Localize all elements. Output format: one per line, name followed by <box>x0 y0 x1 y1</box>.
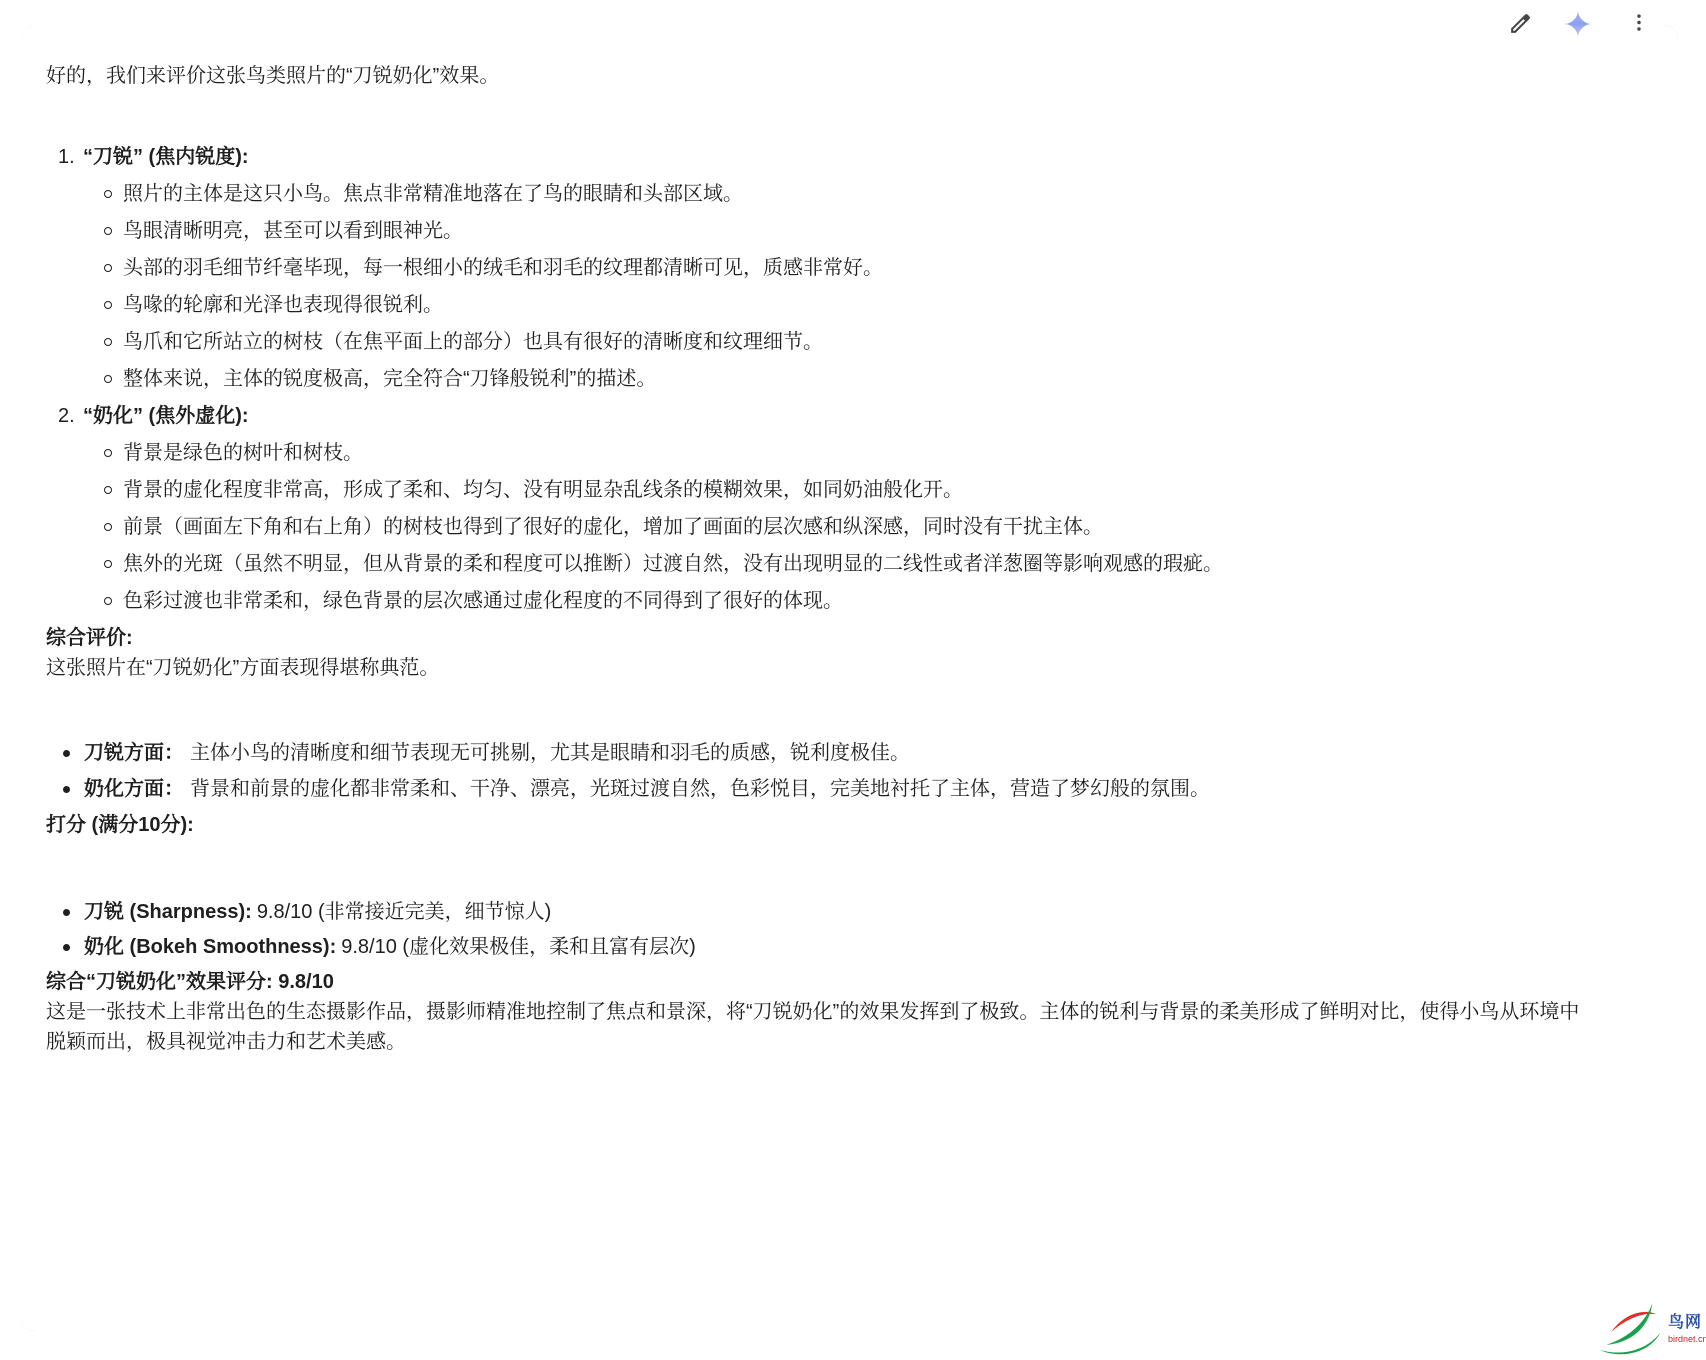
list-item: 背景的虚化程度非常高，形成了柔和、均匀、没有明显杂乱线条的模糊效果，如同奶油般化… <box>46 475 1653 505</box>
overall-score: 综合“刀锐奶化”效果评分: 9.8/10 <box>46 967 1653 997</box>
message-content: 好的，我们来评价这张鸟类照片的“刀锐奶化”效果。 1.“刀锐” (焦内锐度): … <box>21 25 1678 1057</box>
birdnet-watermark: 鸟网 birdnet.cn <box>1598 1303 1706 1356</box>
score-heading: 打分 (满分10分): <box>46 810 1653 840</box>
score-item-text: 9.8/10 (虚化效果极佳，柔和且富有层次) <box>341 936 695 958</box>
edit-pencil-icon[interactable] <box>1508 11 1533 36</box>
list-item: 鸟喙的轮廓和光泽也表现得很锐利。 <box>46 290 1653 320</box>
score-bullet-list: 刀锐 (Sharpness):9.8/10 (非常接近完美，细节惊人) 奶化 (… <box>46 897 1653 962</box>
summary-point: 刀锐方面：主体小鸟的清晰度和细节表现无可挑剔，尤其是眼睛和羽毛的质感，锐利度极佳… <box>46 738 1653 768</box>
list-item: 鸟眼清晰明亮，甚至可以看到眼神光。 <box>46 216 1653 246</box>
list-number: 2. <box>58 401 75 431</box>
score-item-label: 刀锐 (Sharpness): <box>84 901 252 923</box>
summary-intro: 这张照片在“刀锐奶化”方面表现得堪称典范。 <box>46 653 1653 683</box>
summary-point-label: 刀锐方面： <box>84 742 184 764</box>
conclusion-paragraph: 这是一张技术上非常出色的生态摄影作品，摄影师精准地控制了焦点和景深，将“刀锐奶化… <box>46 997 1586 1057</box>
list-item: 照片的主体是这只小鸟。焦点非常精准地落在了鸟的眼睛和头部区域。 <box>46 179 1653 209</box>
birdnet-domain: birdnet.cn <box>1668 1335 1706 1344</box>
gemini-sparkle-icon[interactable] <box>1564 10 1592 38</box>
score-item-text: 9.8/10 (非常接近完美，细节惊人) <box>257 901 551 923</box>
response-action-bar <box>1490 2 1662 42</box>
birdnet-title: 鸟网 <box>1668 1315 1706 1331</box>
list-number: 1. <box>58 142 75 172</box>
birdnet-bird-logo-icon <box>1598 1303 1666 1356</box>
summary-heading: 综合评价: <box>46 623 1653 653</box>
score-item: 刀锐 (Sharpness):9.8/10 (非常接近完美，细节惊人) <box>46 897 1653 927</box>
list-item: 鸟爪和它所站立的树枝（在焦平面上的部分）也具有很好的清晰度和纹理细节。 <box>46 327 1653 357</box>
summary-point-label: 奶化方面： <box>84 778 184 800</box>
list-item-sharpness-heading: 1.“刀锐” (焦内锐度): <box>46 142 1653 172</box>
list-item: 焦外的光斑（虽然不明显，但从背景的柔和程度可以推断）过渡自然，没有出现明显的二线… <box>46 549 1653 579</box>
intro-paragraph: 好的，我们来评价这张鸟类照片的“刀锐奶化”效果。 <box>46 61 1653 91</box>
summary-point-text: 主体小鸟的清晰度和细节表现无可挑剔，尤其是眼睛和羽毛的质感，锐利度极佳。 <box>190 742 910 764</box>
list-item: 整体来说，主体的锐度极高，完全符合“刀锋般锐利”的描述。 <box>46 364 1653 394</box>
birdnet-watermark-text: 鸟网 birdnet.cn <box>1668 1303 1706 1344</box>
response-body: 好的，我们来评价这张鸟类照片的“刀锐奶化”效果。 1.“刀锐” (焦内锐度): … <box>21 25 1678 1331</box>
list-item: 色彩过渡也非常柔和，绿色背景的层次感通过虚化程度的不同得到了很好的体现。 <box>46 586 1653 616</box>
summary-point: 奶化方面：背景和前景的虚化都非常柔和、干净、漂亮，光斑过渡自然，色彩悦目，完美地… <box>46 774 1653 804</box>
section-title: “奶化” (焦外虚化): <box>83 405 249 427</box>
summary-bullet-list: 刀锐方面：主体小鸟的清晰度和细节表现无可挑剔，尤其是眼睛和羽毛的质感，锐利度极佳… <box>46 738 1653 804</box>
list-item: 背景是绿色的树叶和树枝。 <box>46 438 1653 468</box>
list-item-bokeh-heading: 2.“奶化” (焦外虚化): <box>46 401 1653 431</box>
numbered-list: 1.“刀锐” (焦内锐度): 照片的主体是这只小鸟。焦点非常精准地落在了鸟的眼睛… <box>46 142 1653 616</box>
summary-point-text: 背景和前景的虚化都非常柔和、干净、漂亮，光斑过渡自然，色彩悦目，完美地衬托了主体… <box>190 778 1210 800</box>
section-title: “刀锐” (焦内锐度): <box>83 146 249 168</box>
list-item: 头部的羽毛细节纤毫毕现，每一根细小的绒毛和羽毛的纹理都清晰可见，质感非常好。 <box>46 253 1653 283</box>
score-item-label: 奶化 (Bokeh Smoothness): <box>84 936 336 958</box>
more-options-icon[interactable] <box>1628 12 1650 34</box>
score-item: 奶化 (Bokeh Smoothness):9.8/10 (虚化效果极佳，柔和且… <box>46 932 1653 962</box>
list-item: 前景（画面左下角和右上角）的树枝也得到了很好的虚化，增加了画面的层次感和纵深感，… <box>46 512 1653 542</box>
